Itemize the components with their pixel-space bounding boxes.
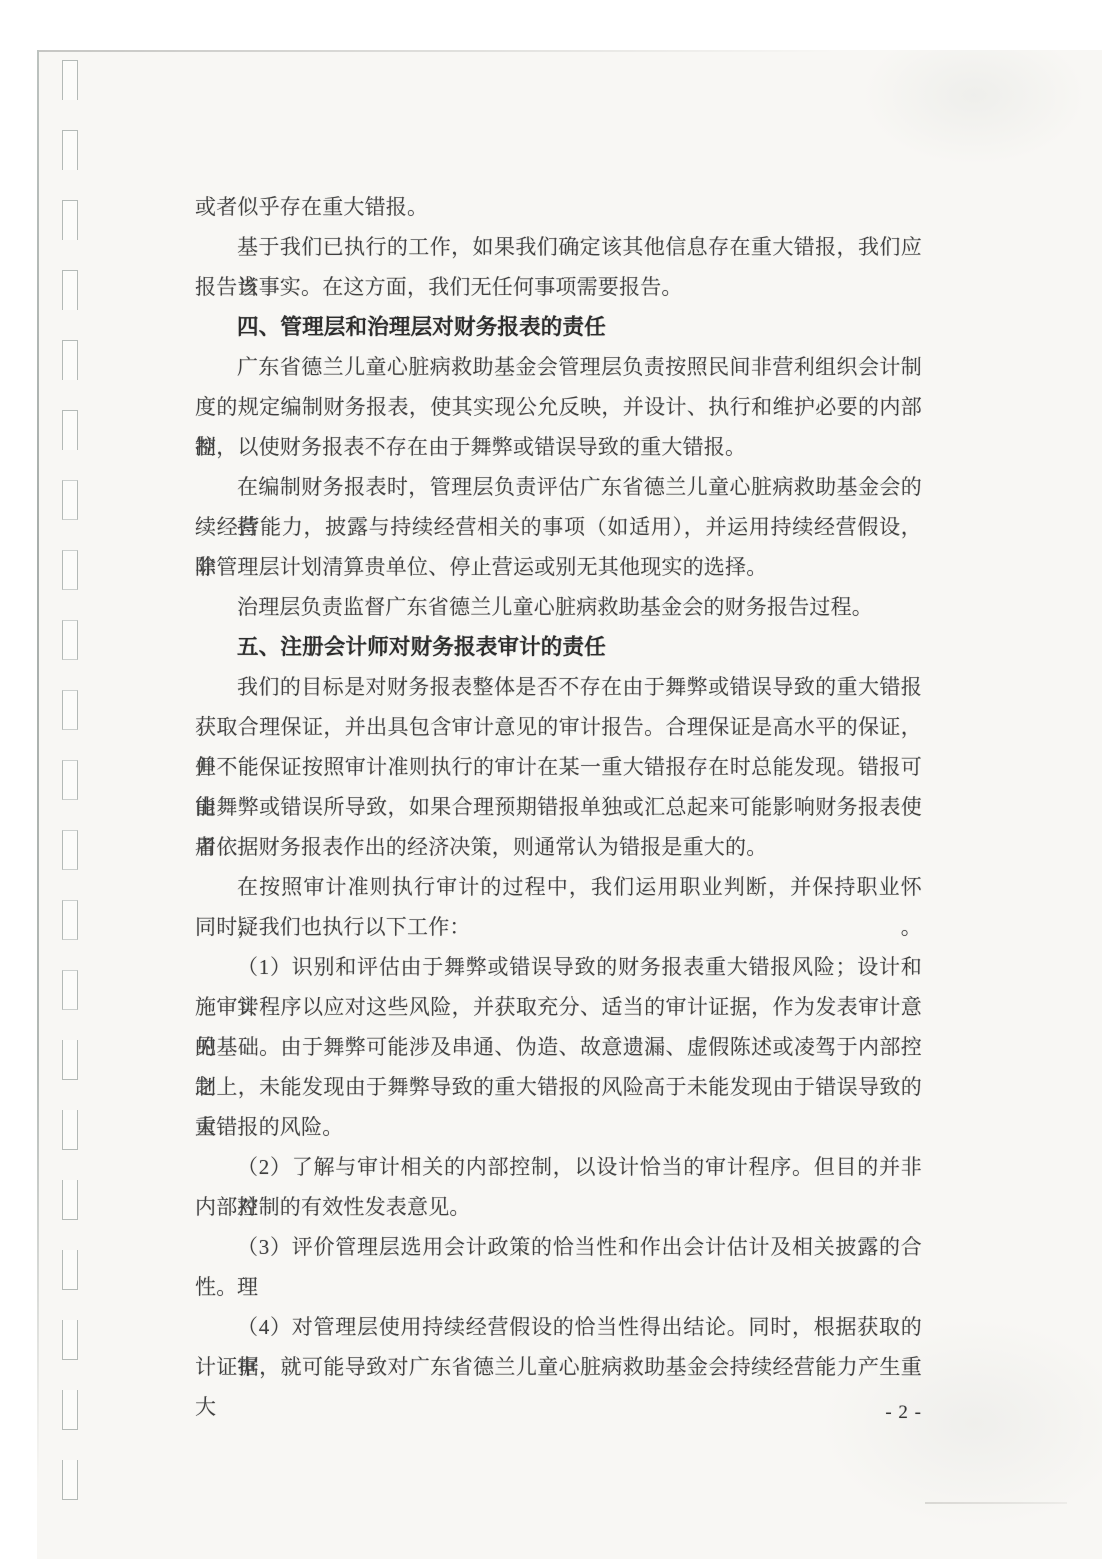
text-line: 由舞弊或错误所导致，如果合理预期错报单独或汇总起来可能影响财务报表使用 (195, 787, 922, 827)
text-line: 的基础。由于舞弊可能涉及串通、伪造、故意遗漏、虚假陈述或凌驾于内部控制 (195, 1027, 922, 1067)
binding-hole (62, 1110, 78, 1150)
text-line: （3）评价管理层选用会计政策的恰当性和作出会计估计及相关披露的合理 (195, 1227, 922, 1267)
text-line: 非管理层计划清算贵单位、停止营运或别无其他现实的选择。 (195, 547, 922, 587)
scan-artifact-line (925, 1502, 1067, 1504)
binding-hole (62, 760, 78, 800)
binding-hole (62, 970, 78, 1010)
text-line: 者依据财务报表作出的经济决策，则通常认为错报是重大的。 (195, 827, 922, 867)
text-line: 性。 (195, 1267, 922, 1307)
text-line: 或者似乎存在重大错报。 (195, 187, 922, 227)
text-line: 施审计程序以应对这些风险，并获取充分、适当的审计证据，作为发表审计意见 (195, 987, 922, 1027)
binding-hole (62, 270, 78, 310)
text-line: 在编制财务报表时，管理层负责评估广东省德兰儿童心脏病救助基金会的持 (195, 467, 922, 507)
binding-hole (62, 130, 78, 170)
page-top-edge-line (37, 50, 837, 52)
text-line: 制，以使财务报表不存在由于舞弊或错误导致的重大错报。 (195, 427, 922, 467)
text-line: 广东省德兰儿童心脏病救助基金会管理层负责按照民间非营利组织会计制 (195, 347, 922, 387)
text-line: 我们的目标是对财务报表整体是否不存在由于舞弊或错误导致的重大错报 (195, 667, 922, 707)
binding-hole (62, 340, 78, 380)
binding-hole (62, 1390, 78, 1430)
text-line: 并不能保证按照审计准则执行的审计在某一重大错报存在时总能发现。错报可能 (195, 747, 922, 787)
text-line: 度的规定编制财务报表，使其实现公允反映，并设计、执行和维护必要的内部控 (195, 387, 922, 427)
text-line: 内部控制的有效性发表意见。 (195, 1187, 922, 1227)
binding-hole (62, 1320, 78, 1360)
binding-hole (62, 1250, 78, 1290)
binding-hole (62, 200, 78, 240)
section-heading: 五、注册会计师对财务报表审计的责任 (195, 627, 922, 667)
text-line: 续经营能力，披露与持续经营相关的事项（如适用），并运用持续经营假设，除 (195, 507, 922, 547)
page-number: - 2 - (195, 1402, 922, 1424)
binding-hole (62, 1180, 78, 1220)
text-line: （2）了解与审计相关的内部控制，以设计恰当的审计程序。但目的并非对 (195, 1147, 922, 1187)
binding-hole (62, 830, 78, 870)
binding-hole (62, 60, 78, 100)
text-line: 在按照审计准则执行审计的过程中，我们运用职业判断，并保持职业怀疑。 (195, 867, 922, 907)
section-heading: 四、管理层和治理层对财务报表的责任 (195, 307, 922, 347)
text-line: 基于我们已执行的工作，如果我们确定该其他信息存在重大错报，我们应当 (195, 227, 922, 267)
binding-hole (62, 550, 78, 590)
text-line: 报告该事实。在这方面，我们无任何事项需要报告。 (195, 267, 922, 307)
binding-hole (62, 1460, 78, 1500)
document-text: 或者似乎存在重大错报。基于我们已执行的工作，如果我们确定该其他信息存在重大错报，… (195, 187, 922, 1387)
binding-hole (62, 1040, 78, 1080)
text-line: 获取合理保证，并出具包含审计意见的审计报告。合理保证是高水平的保证，但 (195, 707, 922, 747)
binding-holes (0, 0, 100, 1559)
text-line: 之上，未能发现由于舞弊导致的重大错报的风险高于未能发现由于错误导致的重 (195, 1067, 922, 1107)
binding-hole (62, 620, 78, 660)
text-line: 计证据，就可能导致对广东省德兰儿童心脏病救助基金会持续经营能力产生重大 (195, 1347, 922, 1387)
binding-hole (62, 900, 78, 940)
text-line: （4）对管理层使用持续经营假设的恰当性得出结论。同时，根据获取的审 (195, 1307, 922, 1347)
binding-hole (62, 480, 78, 520)
text-line: （1）识别和评估由于舞弊或错误导致的财务报表重大错报风险；设计和实 (195, 947, 922, 987)
binding-hole (62, 410, 78, 450)
text-line: 治理层负责监督广东省德兰儿童心脏病救助基金会的财务报告过程。 (195, 587, 922, 627)
binding-hole (62, 690, 78, 730)
text-line: 大错报的风险。 (195, 1107, 922, 1147)
